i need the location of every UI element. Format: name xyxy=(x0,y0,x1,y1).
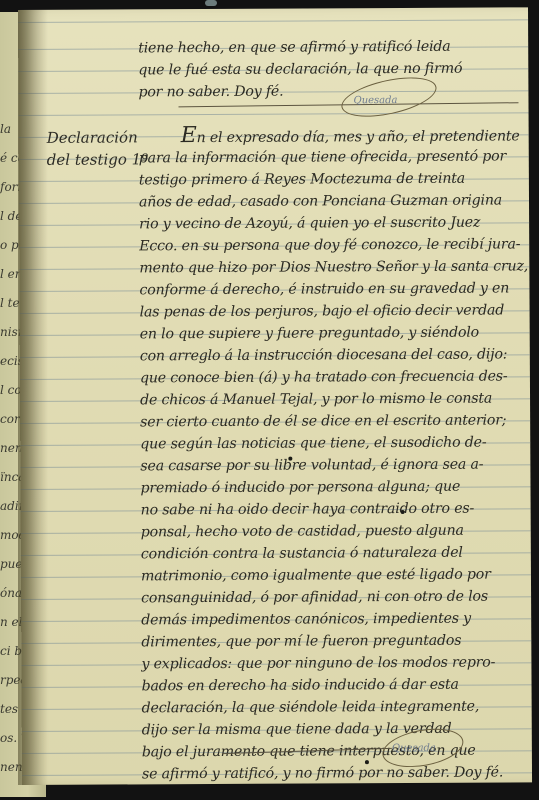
ink-spot xyxy=(401,510,405,514)
manuscript-line: no sabe ni ha oido decir haya contraido … xyxy=(141,497,539,521)
manuscript-line: y explicados: que por ninguno de los mod… xyxy=(141,651,539,675)
manuscript-line: condición contra la sustancia ó naturale… xyxy=(141,541,539,565)
manuscript-line: rio y vecino de Azoyú, á quien yo el sus… xyxy=(139,211,539,235)
margin-note-line-2: del testigo 1º xyxy=(47,148,147,171)
manuscript-line: bajo el juramento que tiene interpuesto,… xyxy=(142,739,539,763)
manuscript-line: por no saber. Doy fé. xyxy=(138,79,539,103)
manuscript-line: años de edad, casado con Ponciana Guzman… xyxy=(139,189,539,213)
manuscript-line: Ecco. en su persona que doy fé conozco, … xyxy=(139,233,539,257)
manuscript-line: ser cierto cuanto de él se dice en el es… xyxy=(140,409,539,433)
testimony-text: En el expresado día, mes y año, el prete… xyxy=(139,123,539,785)
manuscript-line: dirimentes, que por mí le fueron pregunt… xyxy=(141,629,539,653)
manuscript-line: mento que hizo por Dios Nuestro Señor y … xyxy=(139,255,539,279)
manuscript-line: tiene hecho, en que se afirmó y ratificó… xyxy=(138,35,539,59)
manuscript-line: se afirmó y ratificó, y no firmó por no … xyxy=(142,761,539,785)
previous-page-fragment: la xyxy=(0,122,11,136)
manuscript-line: testigo primero á Reyes Moctezuma de tre… xyxy=(139,167,539,191)
manuscript-line: matrimonio, como igualmente que esté lig… xyxy=(141,563,539,587)
manuscript-body: tiene hecho, en que se afirmó y ratificó… xyxy=(138,35,539,785)
margin-note-line-1: Declaración xyxy=(47,126,147,149)
binding-glare xyxy=(205,0,217,6)
ink-spot xyxy=(288,457,292,461)
manuscript-line: las penas de los perjuros, bajo el ofici… xyxy=(140,299,539,323)
manuscript-line: declaración, la que siéndole leida integ… xyxy=(142,695,539,719)
manuscript-line: conforme á derecho, é instruido en su gr… xyxy=(139,277,539,301)
manuscript-line: bados en derecho ha sido inducido á dar … xyxy=(141,673,539,697)
manuscript-page: Declaración del testigo 1º tiene hecho, … xyxy=(18,7,532,785)
manuscript-line: con arreglo á la instrucción diocesana d… xyxy=(140,343,539,367)
manuscript-line: premiado ó inducido por persona alguna; … xyxy=(140,475,539,499)
gutter-shadow xyxy=(18,10,48,785)
manuscript-line: demás impedimentos canónicos, impediente… xyxy=(141,607,539,631)
manuscript-line: de chicos á Manuel Tejal, y por lo mismo… xyxy=(140,387,539,411)
ink-spot xyxy=(365,760,369,764)
manuscript-line: para la información que tiene ofrecida, … xyxy=(139,145,539,169)
manuscript-line: que según las noticias que tiene, el sus… xyxy=(140,431,539,455)
signature-stamp: Quesada xyxy=(353,95,397,106)
margin-note: Declaración del testigo 1º xyxy=(47,126,147,171)
manuscript-line: que conoce bien (á) y ha tratado con fre… xyxy=(140,365,539,389)
manuscript-line: dijo ser la misma que tiene dada y la ve… xyxy=(142,717,539,741)
manuscript-line: en lo que supiere y fuere preguntado, y … xyxy=(140,321,539,345)
manuscript-line: que le fué esta su declaración, la que n… xyxy=(138,57,539,81)
closing-previous-entry: tiene hecho, en que se afirmó y ratificó… xyxy=(138,35,539,103)
manuscript-line: consanguinidad, ó por afinidad, ni con o… xyxy=(141,585,539,609)
manuscript-line: ponsal, hecho voto de castidad, puesto a… xyxy=(141,519,539,543)
signature-stamp: Quesada xyxy=(392,743,436,754)
manuscript-line: sea casarse por su libre voluntad, é ign… xyxy=(140,453,539,477)
manuscript-line: En el expresado día, mes y año, el prete… xyxy=(139,123,539,147)
